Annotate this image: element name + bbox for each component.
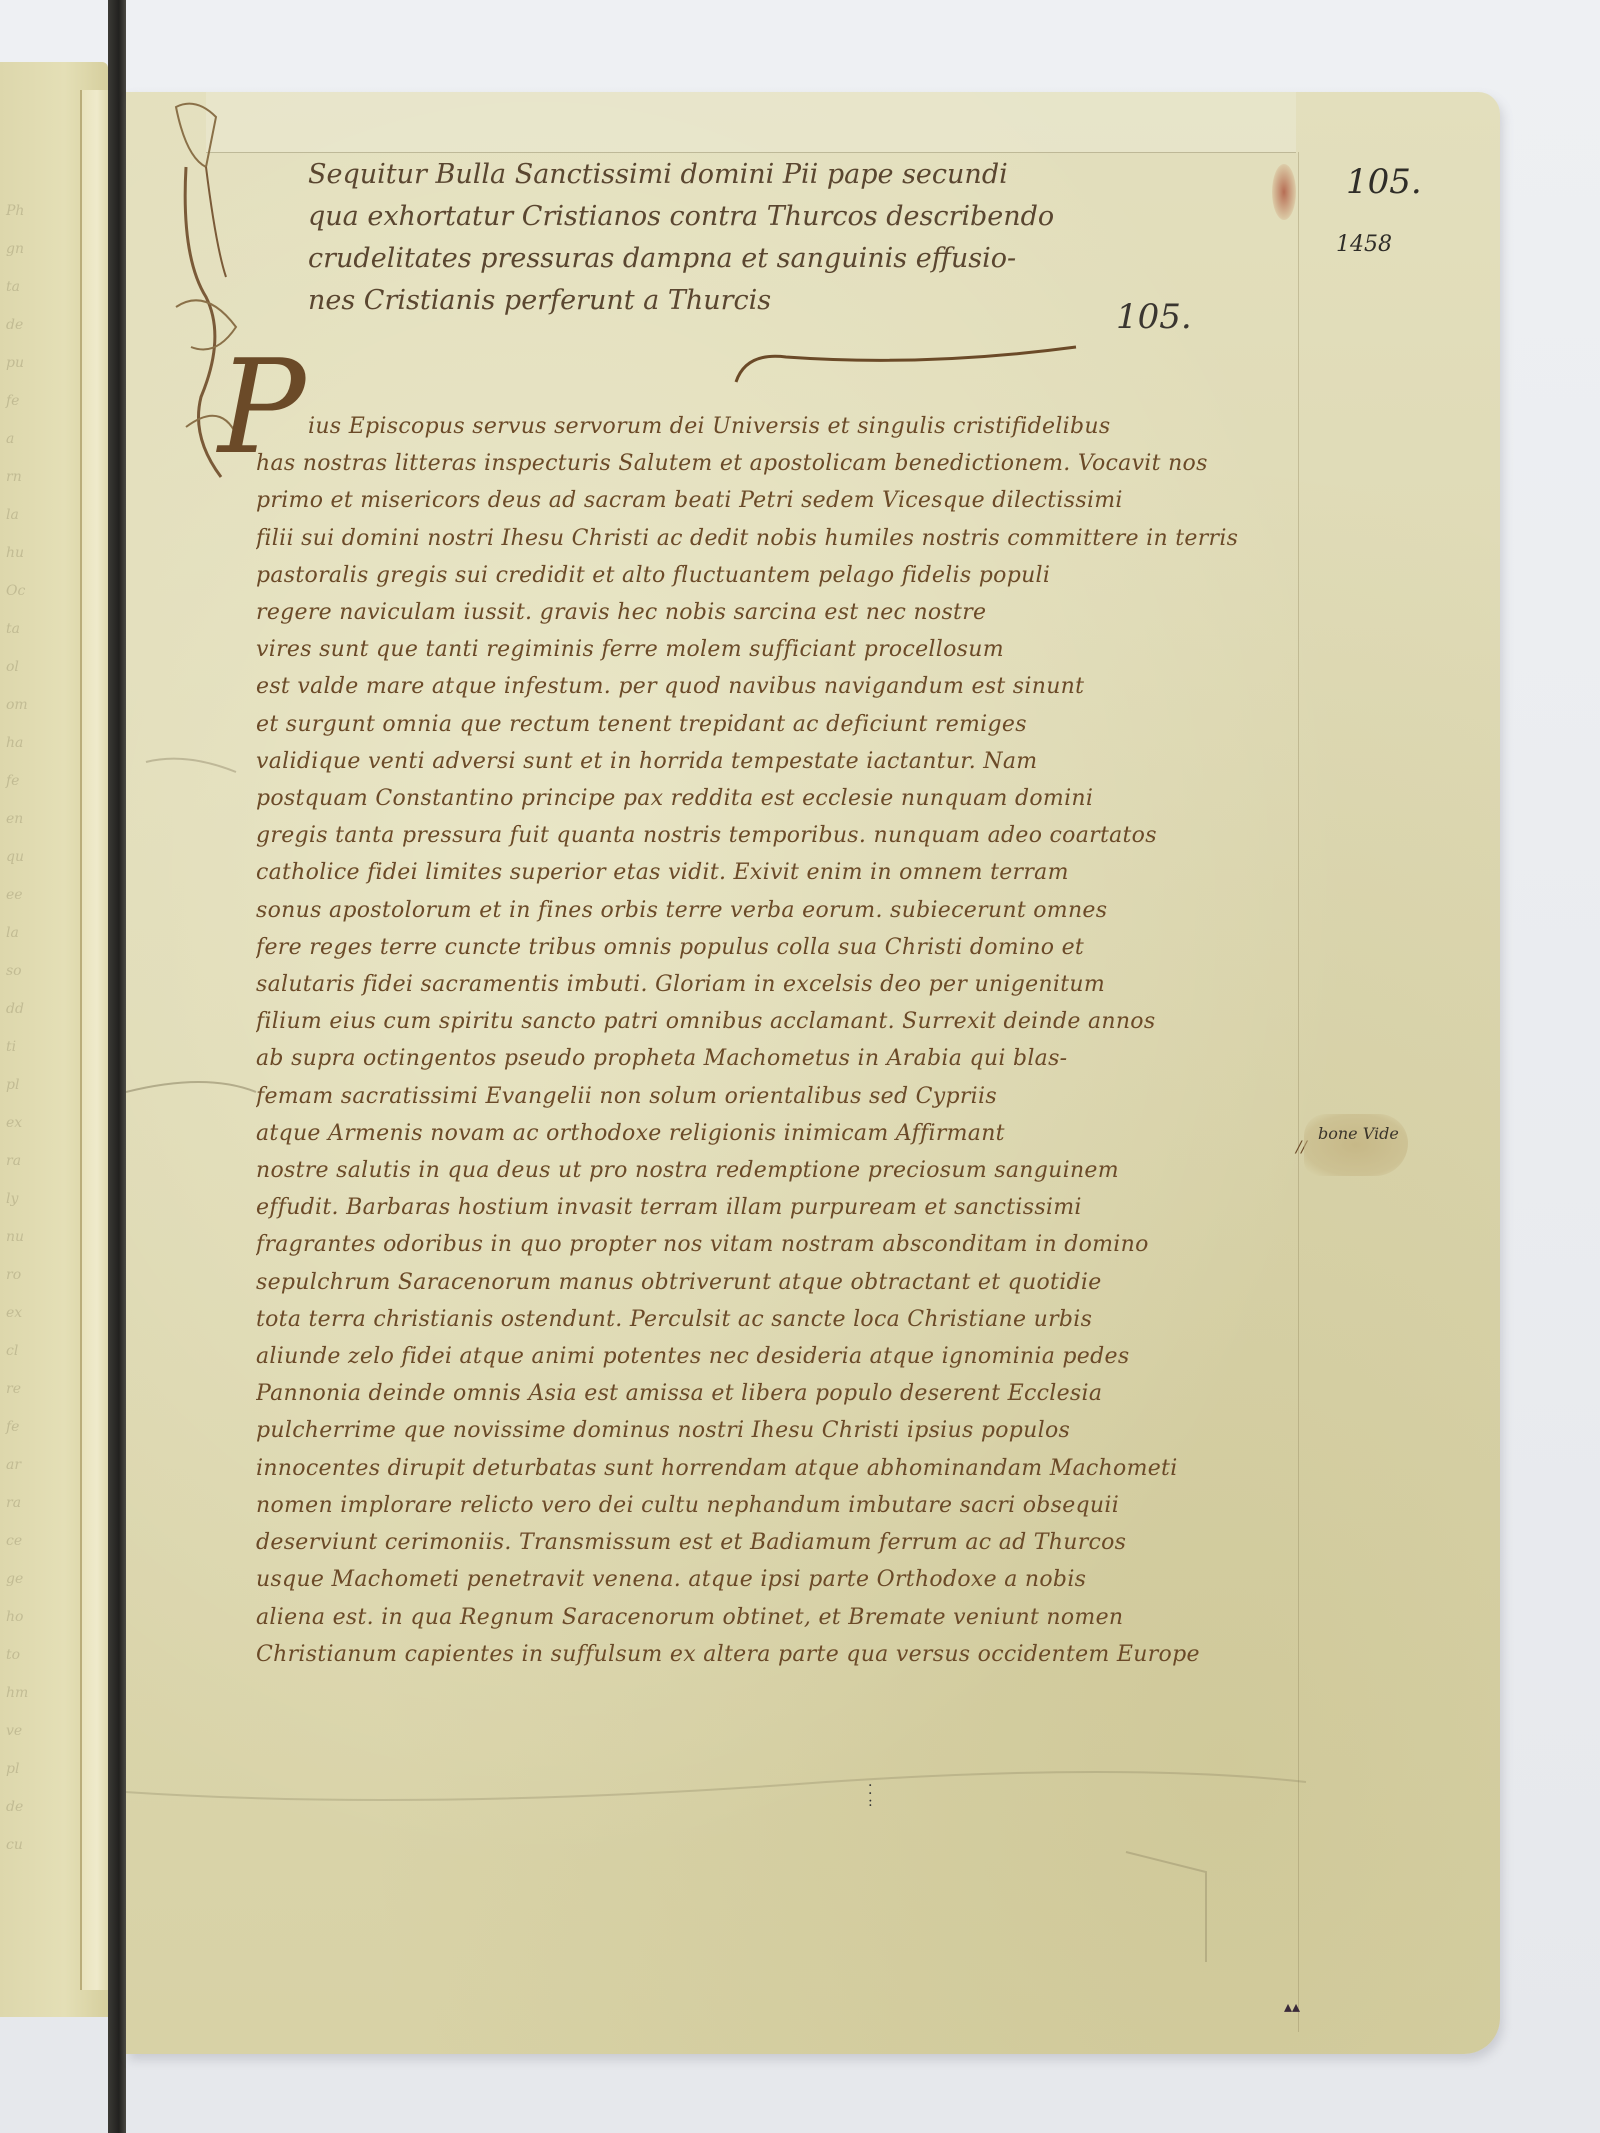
manuscript-line: nomen implorare relicto vero dei cultu n…: [256, 1487, 1316, 1524]
manuscript-line: atque Armenis novam ac orthodoxe religio…: [256, 1115, 1316, 1152]
manuscript-line: fere reges terre cuncte tribus omnis pop…: [256, 929, 1316, 966]
manuscript-line: et surgunt omnia que rectum tenent trepi…: [256, 706, 1316, 743]
manuscript-line: salutaris fidei sacramentis imbuti. Glor…: [256, 966, 1316, 1003]
manuscript-line: deserviunt cerimoniis. Transmissum est e…: [256, 1524, 1316, 1561]
manuscript-line: validique venti adversi sunt et in horri…: [256, 743, 1316, 780]
manuscript-line: filium eius cum spiritu sancto patri omn…: [256, 1003, 1316, 1040]
manuscript-scan: Ph gn ta de pu fe a rn la hu Oc ta ol om…: [0, 0, 1600, 2133]
book-spine: [108, 0, 126, 2133]
manuscript-line: usque Machometi penetravit venena. atque…: [256, 1561, 1316, 1598]
manuscript-line: tota terra christianis ostendunt. Percul…: [256, 1301, 1316, 1338]
manuscript-line: aliunde zelo fidei atque animi potentes …: [256, 1338, 1316, 1375]
manuscript-line: fragrantes odoribus in quo propter nos v…: [256, 1226, 1316, 1263]
manuscript-line: has nostras litteras inspecturis Salutem…: [256, 445, 1316, 482]
body-text: ius Episcopus servus servorum dei Univer…: [256, 408, 1316, 1673]
manuscript-line: sepulchrum Saracenorum manus obtriverunt…: [256, 1264, 1316, 1301]
manuscript-line: primo et misericors deus ad sacram beati…: [256, 482, 1316, 519]
manuscript-line: femam sacratissimi Evangelii non solum o…: [256, 1078, 1316, 1115]
folio-page: 105. 1458 105. Sequitur Bulla Sanctissim…: [126, 92, 1500, 2054]
library-stamp-mark: ▴▴: [1284, 1997, 1324, 2011]
manuscript-line: postquam Constantino principe pax reddit…: [256, 780, 1316, 817]
rubric-heading: Sequitur Bulla Sanctissimi domini Pii pa…: [308, 154, 1188, 322]
manuscript-line: vires sunt que tanti regiminis ferre mol…: [256, 631, 1316, 668]
manuscript-line: ius Episcopus servus servorum dei Univer…: [256, 408, 1316, 445]
rubric-line: nes Cristianis perferunt a Thurcis: [308, 280, 1188, 322]
margin-note-patch: bone Vide: [1304, 1114, 1408, 1176]
manuscript-line: regere naviculam iussit. gravis hec nobi…: [256, 594, 1316, 631]
manuscript-line: nostre salutis in qua deus ut pro nostra…: [256, 1152, 1316, 1189]
manuscript-line: Pannonia deinde omnis Asia est amissa et…: [256, 1375, 1316, 1412]
manuscript-line: innocentes dirupit deturbatas sunt horre…: [256, 1450, 1316, 1487]
manuscript-line: pulcherrime que novissime dominus nostri…: [256, 1412, 1316, 1449]
manuscript-line: effudit. Barbaras hostium invasit terram…: [256, 1189, 1316, 1226]
repair-strip-top: [206, 92, 1296, 153]
rubric-line: Sequitur Bulla Sanctissimi domini Pii pa…: [308, 154, 1188, 196]
manuscript-line: est valde mare atque infestum. per quod …: [256, 668, 1316, 705]
manuscript-line: sonus apostolorum et in fines orbis terr…: [256, 892, 1316, 929]
manuscript-line: Christianum capientes in suffulsum ex al…: [256, 1636, 1316, 1673]
folio-number-top: 105.: [1346, 162, 1422, 202]
manuscript-line: gregis tanta pressura fuit quanta nostri…: [256, 817, 1316, 854]
ink-specks: ··:: [868, 1782, 888, 1822]
manuscript-line: ab supra octingentos pseudo propheta Mac…: [256, 1040, 1316, 1077]
year-annotation: 1458: [1336, 232, 1392, 257]
red-wax-stain: [1272, 164, 1296, 220]
manuscript-line: filii sui domini nostri Ihesu Christi ac…: [256, 520, 1316, 557]
manuscript-line: aliena est. in qua Regnum Saracenorum ob…: [256, 1599, 1316, 1636]
rubric-line: crudelitates pressuras dampna et sanguin…: [308, 238, 1188, 280]
rubric-line: qua exhortatur Cristianos contra Thurcos…: [308, 196, 1188, 238]
manuscript-line: catholice fidei limites superior etas vi…: [256, 854, 1316, 891]
manuscript-line: pastoralis gregis sui credidit et alto f…: [256, 557, 1316, 594]
ascender-flourish: [726, 342, 1086, 392]
